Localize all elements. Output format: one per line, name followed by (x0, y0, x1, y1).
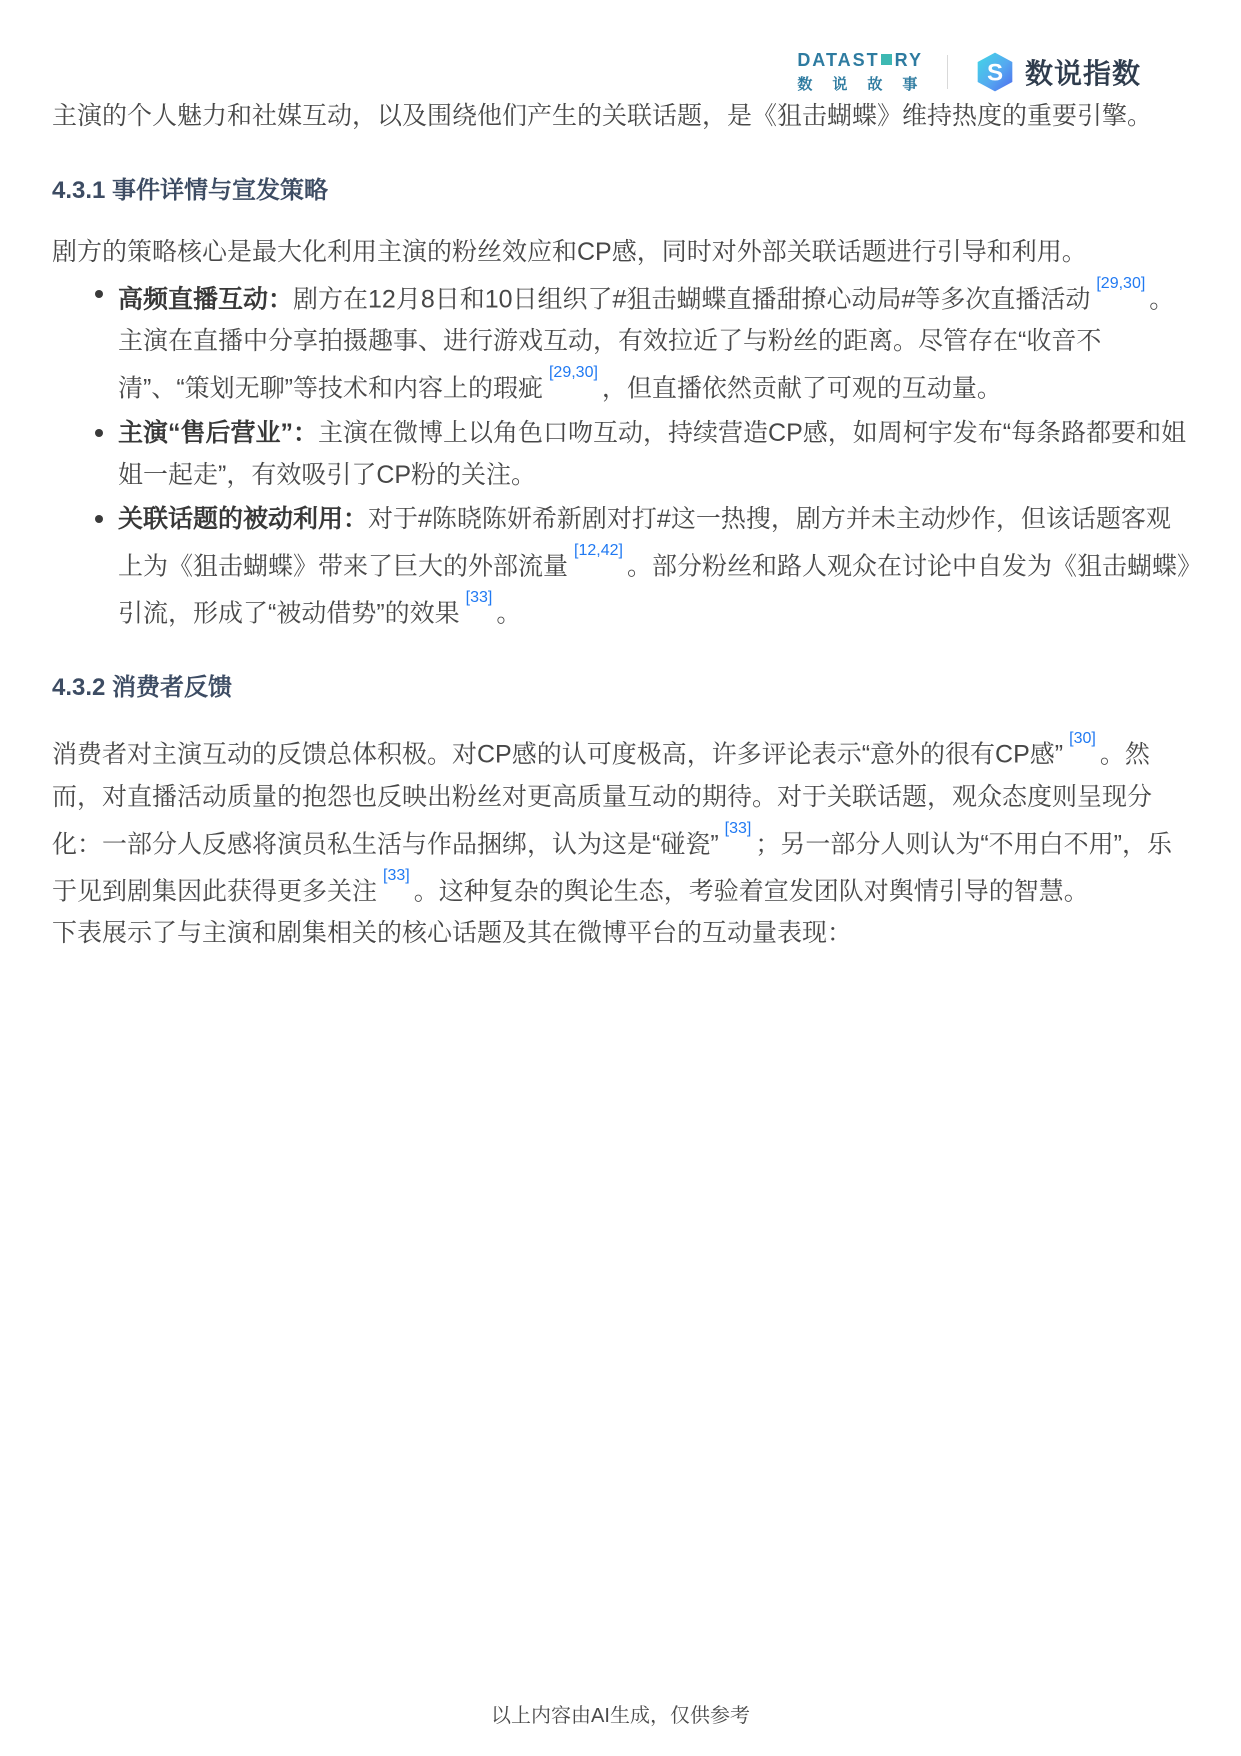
logo-divider (947, 55, 948, 89)
strategy-bullet-list: 高频直播互动：剧方在12月8日和10日组织了#狙击蝴蝶直播甜撩心动局#等多次直播… (118, 273, 1190, 634)
citation-link[interactable]: [29,30] (1096, 275, 1145, 292)
citation-link[interactable]: [33] (383, 867, 410, 884)
citation-link[interactable]: [29,30] (549, 364, 598, 381)
citation-link[interactable]: [33] (725, 820, 752, 837)
report-content: 主演的个人魅力和社媒互动，以及围绕他们产生的关联话题，是《狙击蝴蝶》维持热度的重… (0, 95, 1241, 954)
citation-link[interactable]: [30] (1069, 730, 1096, 747)
bullet-text: ，但直播依然贡献了可观的互动量。 (602, 375, 1002, 403)
bullet-label: 高频直播互动： (118, 285, 293, 313)
datastory-chinese-subtitle: 数说故事 (797, 73, 937, 94)
bullet-label: 主演“售后营业”： (118, 419, 318, 447)
report-page: DATAST RY 数说故事 S 数说指数 (0, 0, 1241, 1756)
index-logo-label: 数说指数 (1025, 52, 1141, 92)
citation-link[interactable]: [12,42] (574, 542, 623, 559)
paragraph-text: 消费者对主演互动的反馈总体积极。对CP感的认可度极高，许多评论表示“意外的很有C… (52, 741, 1063, 769)
table-intro-paragraph: 下表展示了与主演和剧集相关的核心话题及其在微博平台的互动量表现： (52, 912, 1190, 954)
datastory-wordmark-left: DATAST (797, 50, 879, 70)
paragraph-text: 。这种复杂的舆论生态，考验着宣发团队对舆情引导的智慧。 (414, 877, 1089, 905)
s-hexagon-icon: S (974, 51, 1016, 93)
shushuo-index-logo: S 数说指数 (974, 51, 1141, 93)
intro-paragraph: 主演的个人魅力和社媒互动，以及围绕他们产生的关联话题，是《狙击蝴蝶》维持热度的重… (52, 95, 1190, 137)
svg-text:S: S (987, 59, 1003, 86)
citation-link[interactable]: [33] (466, 589, 493, 606)
datastory-wordmark-right: RY (895, 50, 923, 70)
ai-disclaimer: 以上内容由AI生成，仅供参考 (491, 1705, 750, 1727)
section-431-lead-paragraph: 剧方的策略核心是最大化利用主演的粉丝效应和CP感，同时对外部关联话题进行引导和利… (52, 231, 1190, 273)
bullet-text: 剧方在12月8日和10日组织了#狙击蝴蝶直播甜撩心动局#等多次直播活动 (293, 285, 1090, 313)
page-header: DATAST RY 数说故事 S 数说指数 (0, 0, 1241, 95)
bullet-text: 。 (496, 599, 521, 627)
bullet-label: 关联话题的被动利用： (118, 505, 368, 533)
list-item-live-streaming: 高频直播互动：剧方在12月8日和10日组织了#狙击蝴蝶直播甜撩心动局#等多次直播… (118, 273, 1190, 410)
list-item-passive-topic-use: 关联话题的被动利用：对于#陈晓陈妍希新剧对打#这一热搜，剧方并未主动炒作，但该话… (118, 498, 1190, 635)
datastory-logo: DATAST RY 数说故事 (797, 50, 923, 94)
teal-square-icon (881, 54, 892, 65)
page-footer: 以上内容由AI生成，仅供参考 (0, 1699, 1241, 1728)
datastory-wordmark: DATAST RY (797, 50, 923, 70)
section-heading-431: 4.3.1 事件详情与宣发策略 (52, 170, 1190, 212)
list-item-actor-after-sales: 主演“售后营业”：主演在微博上以角色口吻互动，持续营造CP感，如周柯宇发布“每条… (118, 412, 1190, 496)
consumer-feedback-paragraph: 消费者对主演互动的反馈总体积极。对CP感的认可度极高，许多评论表示“意外的很有C… (52, 728, 1190, 912)
section-heading-432: 4.3.2 消费者反馈 (52, 667, 1190, 709)
